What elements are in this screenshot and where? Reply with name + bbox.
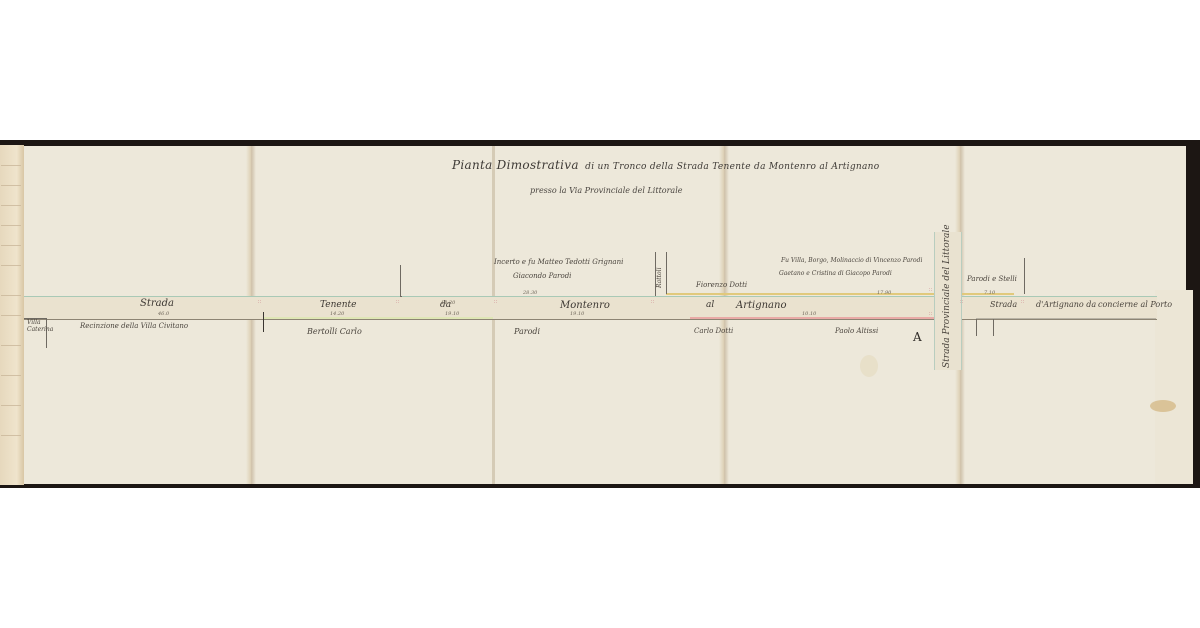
title-rest: di un Tronco della Strada Tenente da Mon… — [585, 162, 879, 172]
boundary-line — [976, 318, 1156, 319]
measurement: 46.0 — [158, 311, 169, 317]
title-main: Pianta Dimostrativa — [452, 158, 579, 172]
station-mark: ∷ — [651, 300, 654, 305]
boundary-line — [666, 252, 667, 294]
cross-road-label: Strada Provinciale del Littorale — [942, 224, 952, 368]
road-edge-tint — [263, 317, 493, 319]
station-mark: ∷ — [929, 312, 932, 317]
boundary-line — [263, 312, 264, 332]
measurement: 14.20 — [330, 311, 344, 317]
road-label-artignano: Artignano — [736, 300, 786, 311]
station-mark: ∷ — [960, 300, 963, 305]
paper-stain — [860, 355, 878, 377]
parcel-label: Recinzione della Villa Civitano — [80, 322, 188, 330]
station-mark: ∷ — [258, 300, 261, 305]
station-mark: ∷ — [1021, 300, 1024, 305]
measurement: 19.10 — [445, 311, 459, 317]
parcel-label: Gaetano e Cristina di Giacopo Parodi — [779, 270, 892, 277]
station-mark: ∷ — [396, 300, 399, 305]
measurement: 7.10 — [984, 290, 995, 296]
parcel-label: Parodi e Stelli — [967, 275, 1017, 283]
measurement: 28.30 — [523, 290, 537, 296]
parcel-label: Incerto e fu Matteo Tedotti Grignani — [494, 258, 623, 266]
measurement: 10.10 — [802, 311, 816, 317]
road-edge-pink — [690, 317, 934, 319]
road-label-right-porto: concierne al Porto — [1098, 300, 1172, 309]
parcel-label: Paolo Altissi — [835, 327, 878, 335]
boundary-line — [400, 296, 402, 297]
map-subtitle: presso la Via Provinciale del Littorale — [530, 186, 683, 195]
station-mark: ∷ — [929, 288, 932, 293]
parcel-label: Villa Caterina — [27, 319, 45, 333]
boundary-line — [46, 318, 47, 348]
measurement: 14.20 — [441, 300, 455, 306]
adjacent-page-edge — [0, 145, 24, 485]
road-label-strada: Strada — [140, 298, 174, 309]
boundary-line — [976, 318, 977, 336]
section-marker-a: A — [913, 330, 922, 344]
road-label-right-strada: Strada — [990, 300, 1017, 309]
paper-stain — [1150, 400, 1176, 412]
parcel-label: Bertolli Carlo — [307, 327, 362, 336]
parcel-label: Rattoli — [656, 267, 663, 288]
road-label-tenente: Tenente — [320, 300, 357, 310]
parcel-label: Carlo Dotti — [694, 327, 733, 335]
station-mark: ∷ — [494, 300, 497, 305]
boundary-line — [993, 318, 994, 336]
road-label-montenro: Montenro — [560, 300, 610, 311]
boundary-line — [1024, 258, 1025, 294]
parcel-label: Fiorenzo Dotti — [696, 281, 747, 289]
parcel-label: Fu Villa, Borgo, Molinaccio di Vincenzo … — [781, 257, 922, 264]
parcel-label: Parodi — [514, 327, 540, 336]
road-label-right-artignano: d'Artignano da — [1036, 300, 1096, 309]
map-title: Pianta Dimostrativa di un Tronco della S… — [452, 158, 880, 172]
parcel-label: Giacondo Parodi — [513, 272, 571, 280]
measurement: 19.10 — [570, 311, 584, 317]
road-label-al: al — [706, 300, 714, 310]
map-sheet-tail — [1155, 290, 1193, 484]
road-edge-yellow — [666, 293, 934, 295]
measurement: 17.90 — [877, 290, 891, 296]
boundary-line — [400, 265, 401, 297]
